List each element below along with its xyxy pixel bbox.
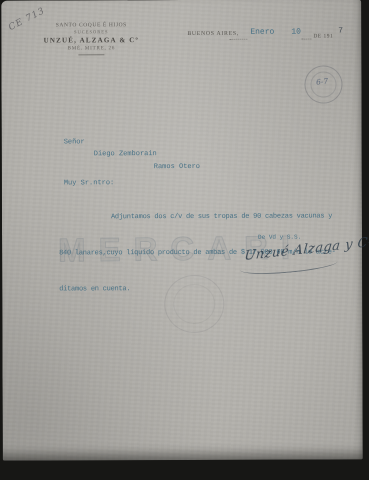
dateline-dotted-leader-2	[301, 39, 311, 40]
salutation: Muy Sr.ntro:	[64, 179, 114, 187]
closing-formula: De Vd y S.S.	[258, 234, 301, 241]
letterhead-address: BMÉ. MITRE, 26	[39, 46, 143, 51]
recipient-location: Ramos Otero	[154, 163, 200, 171]
recipient-title: Señor	[64, 138, 85, 146]
stamp-handwritten-note: 6-7	[316, 77, 329, 87]
dateline-month: Enero	[250, 28, 274, 37]
letterhead-former-firm: SANTO COQUE É HIJOS	[39, 22, 143, 28]
dateline-year-prefix: DE 191	[313, 33, 333, 39]
dateline-dotted-leader	[229, 39, 247, 40]
letterhead: SANTO COQUE É HIJOS SUCESORES UNZUÉ, ALZ…	[39, 22, 143, 55]
dateline-day: 10	[291, 28, 301, 37]
circular-stamp-icon: 6-7	[301, 62, 346, 107]
letterhead-successor-label: SUCESORES	[39, 29, 143, 34]
dateline-place: BUENOS AIRES,	[187, 31, 239, 37]
faint-stamp-inner-ring	[173, 284, 215, 324]
letter-page: CE 713 SANTO COQUE É HIJOS SUCESORES UNZ…	[1, 0, 363, 461]
recipient-name: Diego Zemborain	[94, 150, 157, 158]
letterhead-rule	[78, 54, 104, 55]
letterhead-firm-name: UNZUÉ, ALZAGA & Cº	[39, 36, 143, 44]
dateline-year-digit: 7	[338, 26, 343, 35]
body-line: Adjuntamos dos c/v de sus tropas de 90 c…	[59, 210, 355, 223]
faint-circular-stamp-icon	[164, 275, 224, 333]
